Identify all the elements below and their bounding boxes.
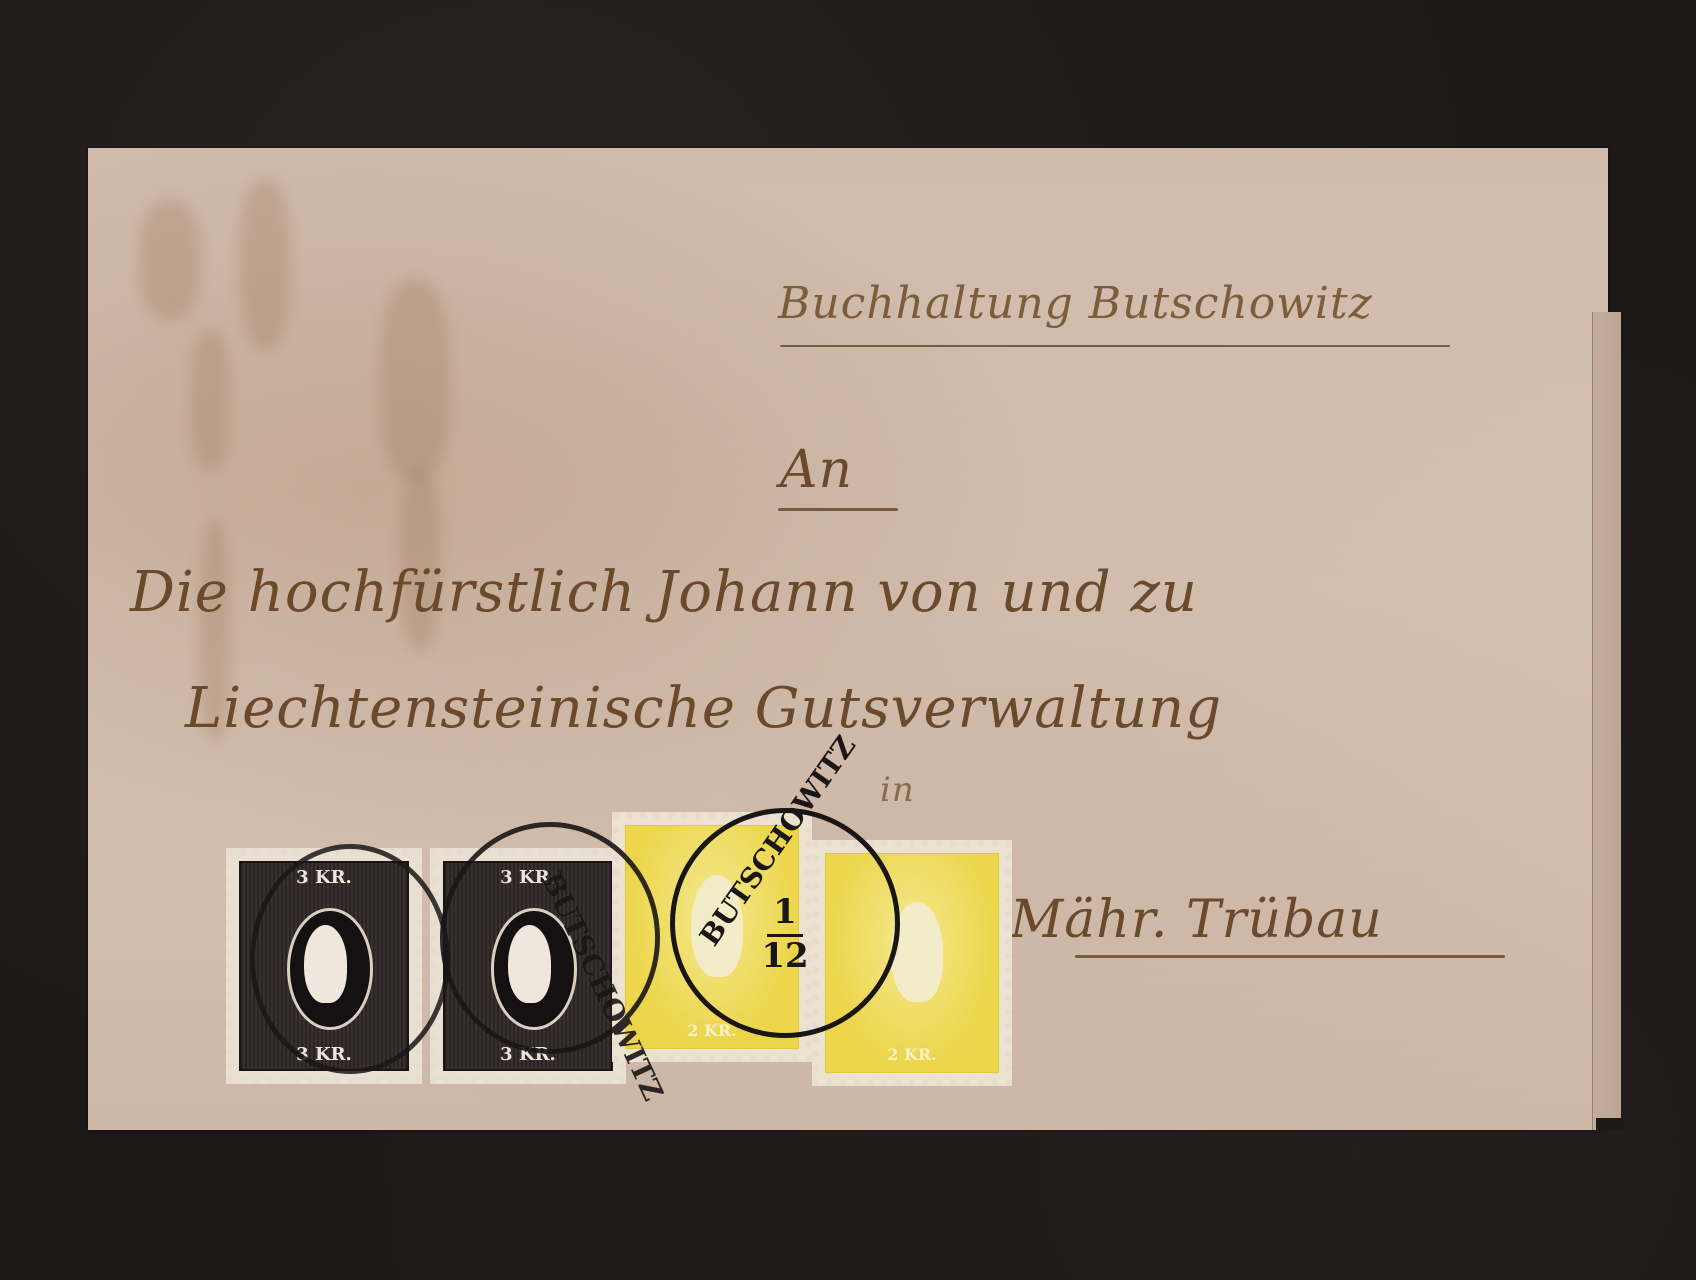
postmark-circle: BUTSCHOWITZ 1 12 <box>670 808 900 1038</box>
salutation: An <box>780 440 853 500</box>
sender-strike-line <box>780 345 1450 347</box>
postmark-circle <box>250 844 450 1074</box>
destination-underline <box>1075 955 1505 958</box>
postmark-day: 1 <box>675 892 895 932</box>
folded-flap-edge <box>1592 312 1621 1130</box>
ink-offset-stain <box>190 330 230 470</box>
address-line-3: in <box>880 770 915 810</box>
postmark-month: 12 <box>675 936 895 976</box>
stamp-denomination: 2 KR. <box>826 1045 998 1064</box>
ink-offset-stain <box>240 180 290 350</box>
address-line-1: Die hochfürstlich Johann von und zu <box>130 560 1198 625</box>
ink-offset-stain <box>380 280 450 480</box>
sender-line: Buchhaltung Butschowitz <box>778 278 1373 329</box>
postmark-circle: BUTSCHOWITZ <box>440 822 660 1054</box>
mount-corner <box>1596 1118 1624 1130</box>
address-line-2: Liechtensteinische Gutsverwaltung <box>185 676 1222 741</box>
destination: Mähr. Trübau <box>1010 890 1383 950</box>
salutation-underline <box>778 508 898 511</box>
ink-offset-stain <box>140 200 200 320</box>
